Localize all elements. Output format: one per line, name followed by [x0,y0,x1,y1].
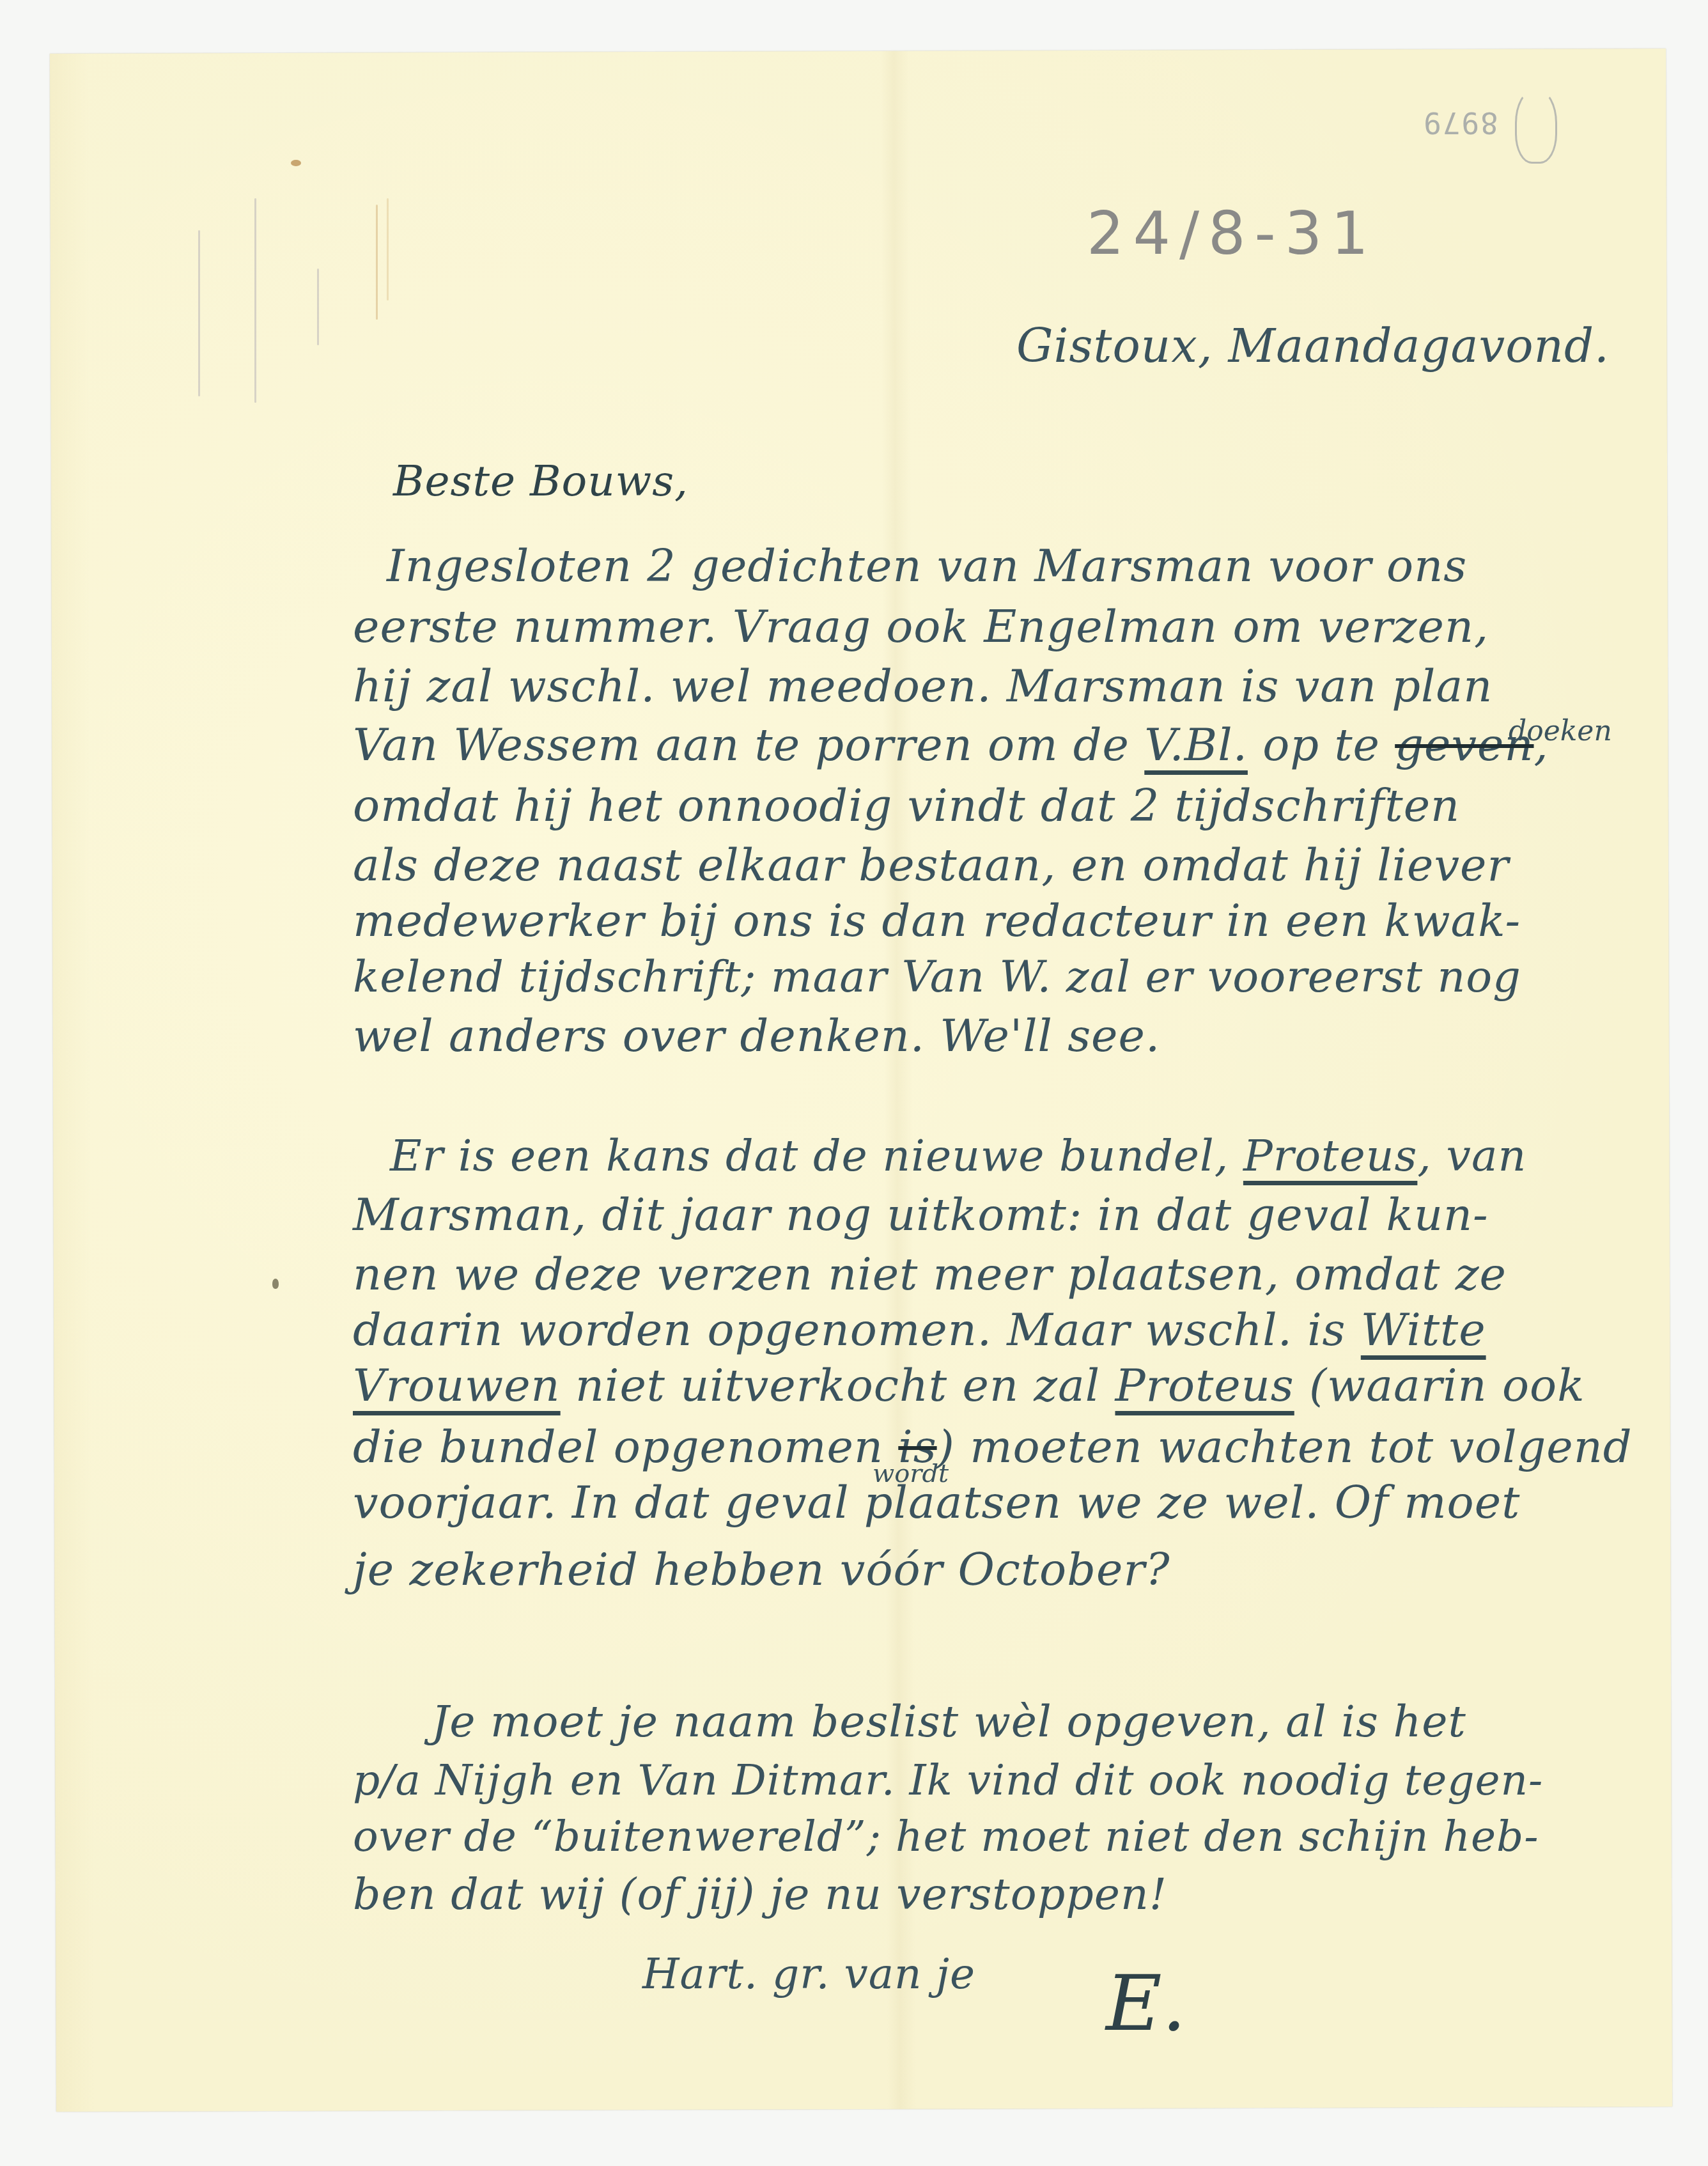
rust-spot [291,160,301,166]
paragraph2-line8: je zekerheid hebben vóór October? [353,1547,1170,1592]
line-text: Van Wessem aan te porren om de [353,719,1144,771]
faint-pencil-mark [317,269,319,345]
paragraph1-line3: hij zal wschl. wel meedoen. Marsman is v… [353,664,1493,708]
line-text: (waarin ook [1294,1359,1585,1412]
paragraph1-line1: Ingesloten 2 gedichten van Marsman voor … [387,543,1467,588]
archive-stamp-number: 8979 [1422,105,1498,140]
line-text: Er is een kans dat de nieuwe bundel, [390,1131,1243,1181]
paragraph1-line6: als deze naast elkaar bestaan, en omdat … [353,843,1509,887]
underlined-title-witte: Witte [1361,1304,1486,1356]
line-text: , van [1417,1131,1526,1181]
line-text: ) moeten wachten tot volgend [937,1421,1633,1473]
paragraph2-line1: Er is een kans dat de nieuwe bundel, Pro… [390,1135,1526,1178]
paragraph1-line4: Van Wessem aan te porren om de V.Bl. op … [353,722,1549,767]
rust-stain [387,198,389,300]
signature: E. [1106,1960,1186,2048]
paragraph1-line8: kelend tijdschrift; maar Van W. zal er v… [353,956,1521,999]
line-text: die bundel opgenomen [353,1421,898,1473]
paragraph3-line1: Je moet je naam beslist wèl opgeven, al … [431,1701,1466,1744]
paragraph1-line9: wel anders over denken. We'll see. [353,1013,1160,1058]
ink-speck [272,1279,279,1289]
paragraph2-line7: voorjaar. In dat geval plaatsen we ze we… [353,1480,1520,1525]
paragraph2-line3: nen we deze verzen niet meer plaatsen, o… [353,1252,1507,1297]
underlined-title-proteus: Proteus [1243,1131,1417,1181]
inserted-word-doeken: doeken [1509,715,1612,747]
underlined-title-proteus: Proteus [1115,1359,1294,1412]
faint-pencil-mark [254,198,256,403]
paragraph1-line2: eerste nummer. Vraag ook Engelman om ver… [353,604,1489,649]
line-text: op te [1248,719,1395,771]
paragraph1-line7: medewerker bij ons is dan redacteur in e… [353,898,1521,943]
paragraph2-line6: die bundel opgenomen is) moeten wachten … [353,1424,1633,1469]
paragraph3-line3: over de “buitenwereld”; het moet niet de… [353,1816,1539,1858]
closing: Hart. gr. van je [642,1953,975,1995]
pencil-date: 24/8-31 [1087,205,1378,263]
paragraph3-line4: ben dat wij (of jij) je nu verstoppen! [353,1873,1167,1917]
rust-stain [376,205,378,320]
archive-stamp-symbol-icon [1515,90,1557,164]
line-text: niet uitverkocht en zal [561,1359,1115,1412]
underlined-title-vbl: V.Bl. [1144,719,1248,771]
salutation: Beste Bouws, [393,460,688,503]
paragraph2-line5: Vrouwen niet uitverkocht en zal Proteus … [353,1363,1585,1408]
paragraph3-line2: p/a Nijgh en Van Ditmar. Ik vind dit ook… [353,1759,1543,1802]
place-and-day: Gistoux, Maandagavond. [1016,323,1610,369]
line-text: daarin worden opgenomen. Maar wschl. is [353,1304,1361,1356]
underlined-title-vrouwen: Vrouwen [353,1359,561,1412]
paragraph2-line2: Marsman, dit jaar nog uitkomt: in dat ge… [353,1192,1489,1237]
paragraph2-line4: daarin worden opgenomen. Maar wschl. is … [353,1307,1486,1352]
scanned-letter: 8979 24/8-31 Gistoux, Maandagavond. Best… [0,0,1708,2166]
paragraph1-line5: omdat hij het onnoodig vindt dat 2 tijds… [353,783,1460,828]
faint-pencil-mark [198,230,200,396]
